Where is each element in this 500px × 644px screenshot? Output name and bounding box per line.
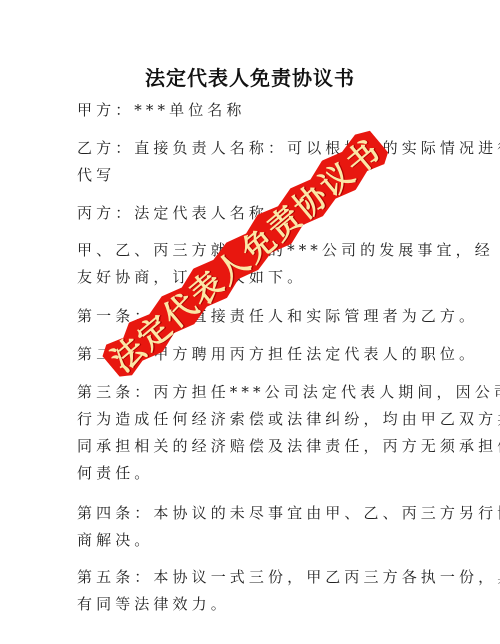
- text-line: 商解决。: [77, 527, 427, 554]
- text-line: 第四条：本协议的未尽事宜由甲、乙、丙三方另行协: [77, 500, 427, 527]
- text-line: 行为造成任何经济索偿或法律纠纷，均由甲乙双方共: [77, 406, 427, 433]
- text-line: 何责任。: [77, 460, 427, 487]
- paragraph-article-5: 第五条：本协议一式三份，甲乙丙三方各执一份，具 有同等法律效力。: [77, 564, 427, 618]
- paragraph-article-4: 第四条：本协议的未尽事宜由甲、乙、丙三方另行协 商解决。: [77, 500, 427, 554]
- text-line: 丙方：法定代表人名称: [77, 200, 427, 227]
- text-line: 同承担相关的经济赔偿及法律责任，丙方无须承担任: [77, 433, 427, 460]
- text-line: 第三条：丙方担任***公司法定代表人期间，因公司: [77, 379, 427, 406]
- text-line: 甲方：***单位名称: [77, 97, 427, 124]
- document-title: 法定代表人免责协议书: [0, 62, 500, 91]
- paragraph-party-c: 丙方：法定代表人名称: [77, 200, 427, 227]
- paragraph-party-a: 甲方：***单位名称: [77, 97, 427, 124]
- text-line: 第五条：本协议一式三份，甲乙丙三方各执一份，具: [77, 564, 427, 591]
- paragraph-article-3: 第三条：丙方担任***公司法定代表人期间，因公司 行为造成任何经济索偿或法律纠纷…: [77, 379, 427, 487]
- document-page: 法定代表人免责协议书 甲方：***单位名称 乙方：直接负责人名称：可以根据你的实…: [0, 0, 500, 644]
- text-line: 有同等法律效力。: [77, 591, 427, 618]
